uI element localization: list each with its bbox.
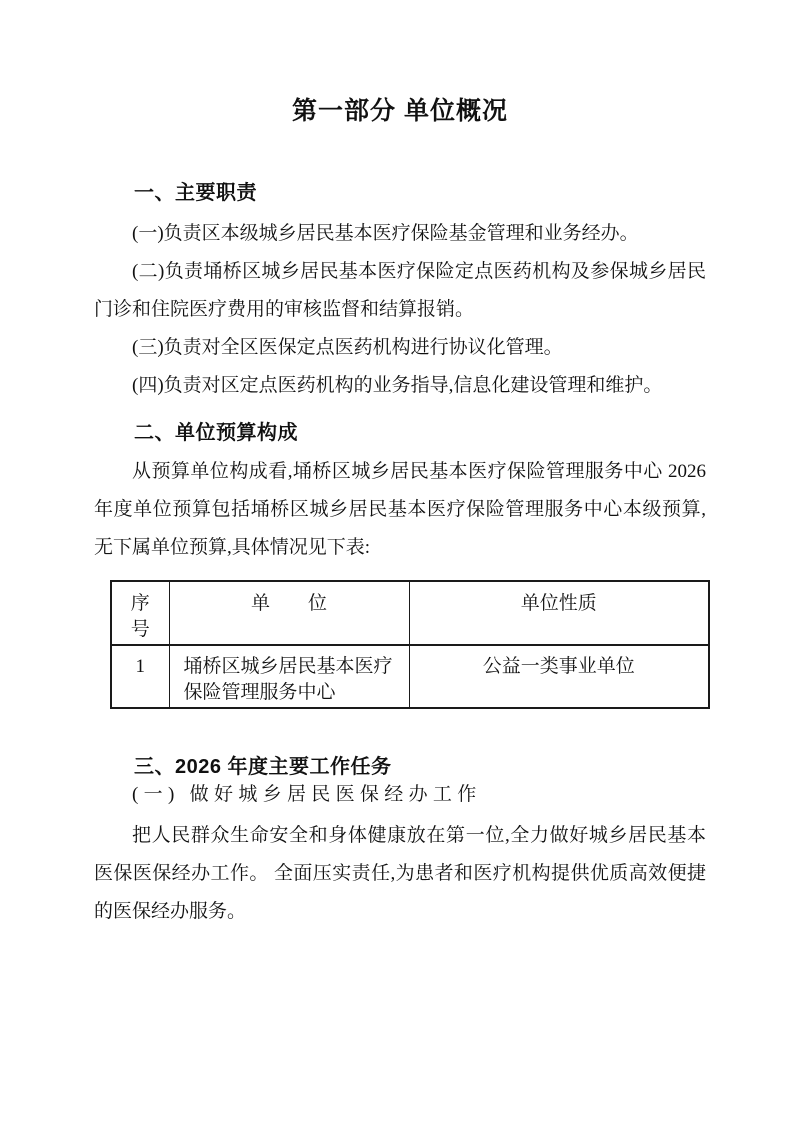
section-1-paragraph-1: (一)负责区本级城乡居民基本医疗保险基金管理和业务经办。: [94, 215, 706, 253]
section-1-heading: 一、主要职责: [94, 179, 706, 207]
table-row: 1 埇桥区城乡居民基本医疗保险管理服务中心 公益一类事业单位: [111, 645, 709, 708]
section-3-paragraph-1: 把人民群众生命安全和身体健康放在第一位,全力做好城乡居民基本医保医保经办工作。 …: [94, 817, 706, 931]
section-1-paragraph-4: (四)负责对区定点医药机构的业务指导,信息化建设管理和维护。: [94, 367, 706, 405]
section-2-heading: 二、单位预算构成: [94, 419, 706, 447]
table-cell-unit-type: 公益一类事业单位: [409, 645, 709, 708]
page-title: 第一部分 单位概况: [94, 96, 706, 126]
table-cell-unit: 埇桥区城乡居民基本医疗保险管理服务中心: [169, 645, 409, 708]
section-1-paragraph-2: (二)负责埇桥区城乡居民基本医疗保险定点医药机构及参保城乡居民门诊和住院医疗费用…: [94, 253, 706, 329]
table-header-unit: 单 位: [169, 581, 409, 645]
table-header-row: 序号 单 位 单位性质: [111, 581, 709, 645]
table-header-unit-type: 单位性质: [409, 581, 709, 645]
section-3-heading: 三、2026 年度主要工作任务: [94, 753, 706, 781]
document-content: 第一部分 单位概况 一、主要职责 (一)负责区本级城乡居民基本医疗保险基金管理和…: [0, 0, 793, 931]
unit-composition-table: 序号 单 位 单位性质 1 埇桥区城乡居民基本医疗保险管理服务中心 公益一类事业…: [110, 580, 710, 709]
section-3-subheading: (一) 做好城乡居民医保经办工作: [94, 781, 706, 809]
section-2-paragraph-1: 从预算单位构成看,埇桥区城乡居民基本医疗保险管理服务中心 2026 年度单位预算…: [94, 453, 706, 567]
section-1-paragraph-3: (三)负责对全区医保定点医药机构进行协议化管理。: [94, 329, 706, 367]
table-header-serial-number: 序号: [111, 581, 169, 645]
document-page: 第一部分 单位概况 一、主要职责 (一)负责区本级城乡居民基本医疗保险基金管理和…: [0, 0, 793, 1122]
table-cell-serial-number: 1: [111, 645, 169, 708]
